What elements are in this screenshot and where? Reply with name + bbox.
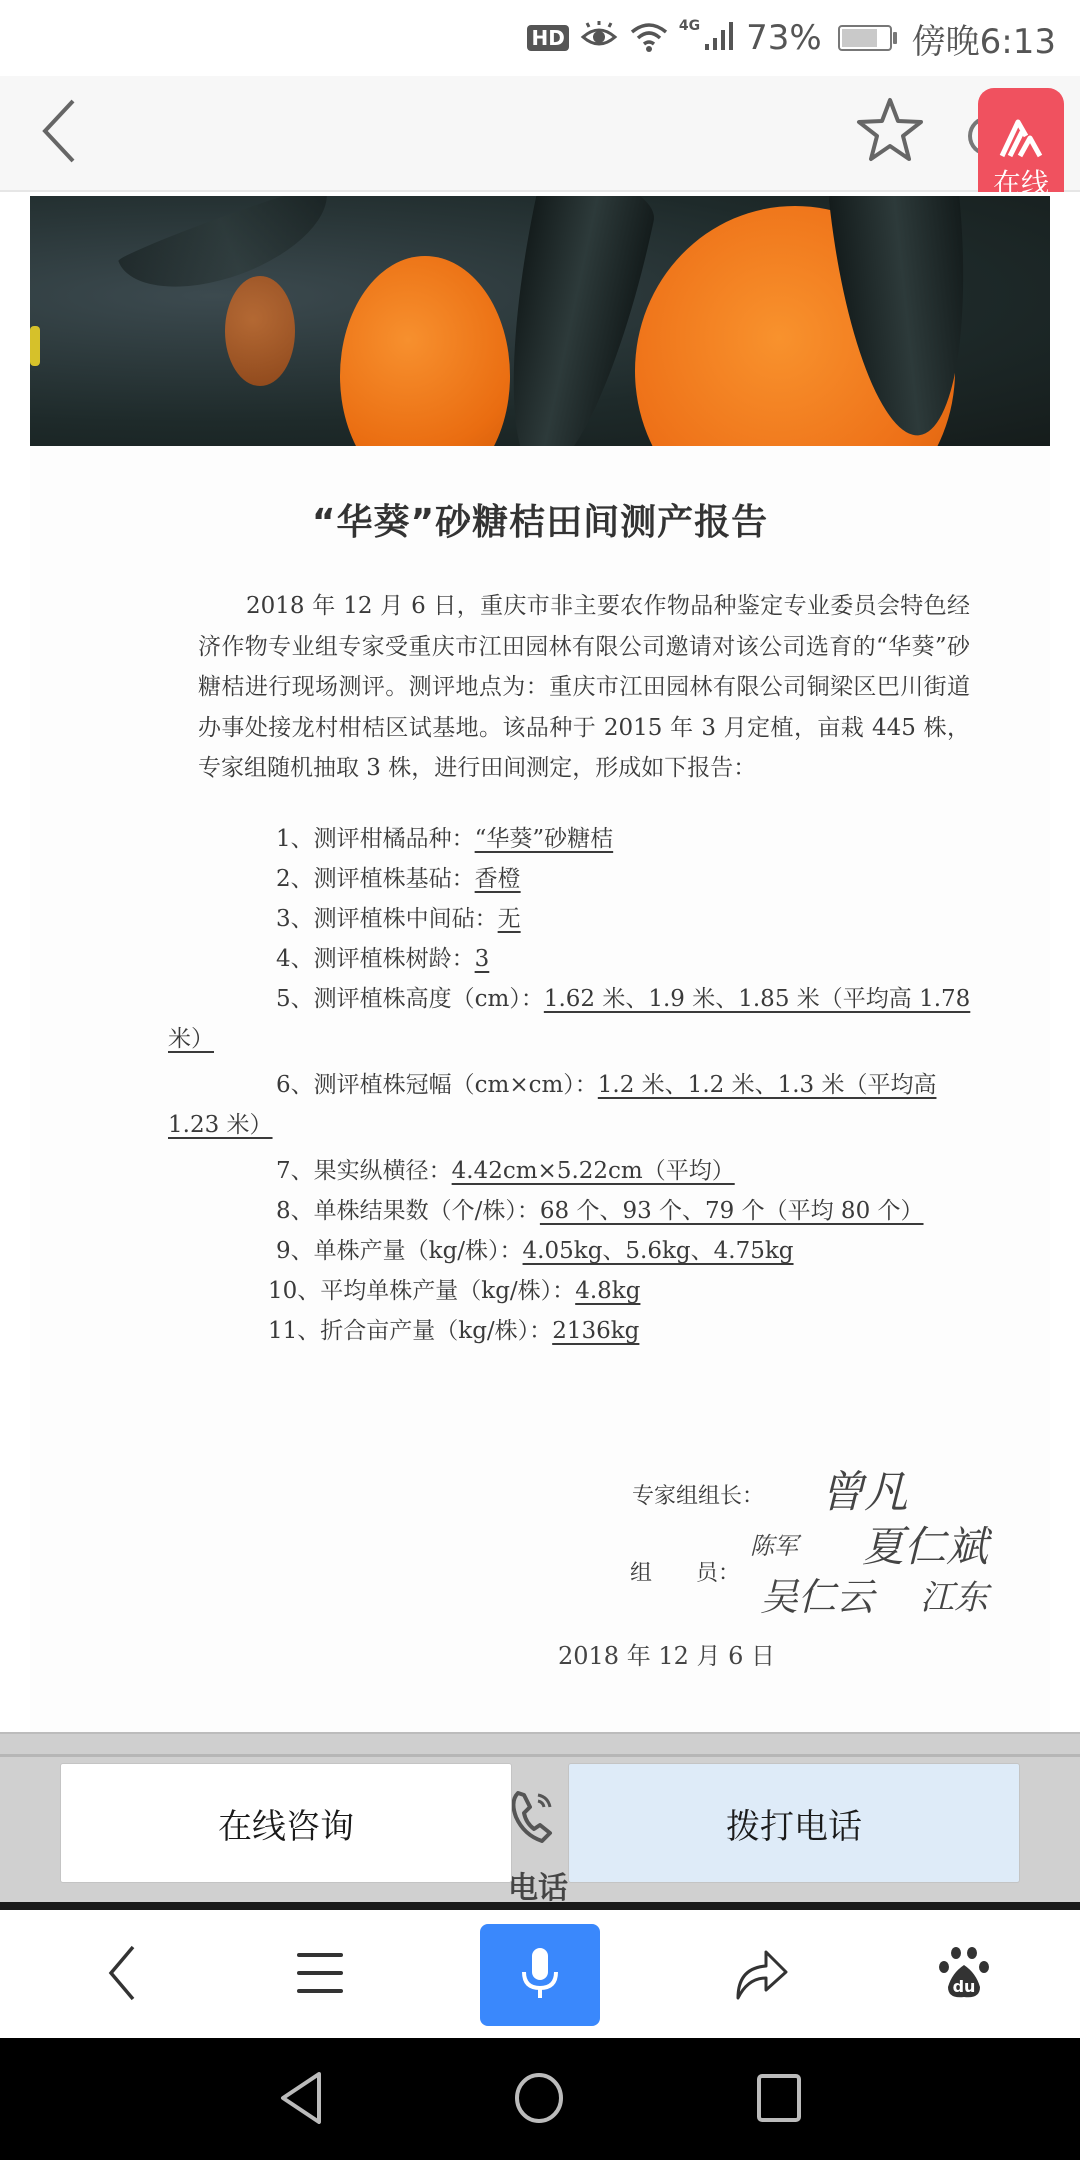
report-item: 8、单株结果数（个/株）：68 个、93 个、79 个（平均 80 个） [276,1192,924,1225]
microphone-icon [520,1946,560,2004]
report-document-image: “华葵”砂糖桔田间测产报告 2018 年 12 月 6 日，重庆市非主要农作物品… [30,446,1050,1732]
network-type: 4G [679,18,700,34]
baidu-button[interactable]: du [904,1924,1024,2026]
members-label: 组 员： [630,1556,740,1587]
clock: 傍晚6:13 [912,14,1056,63]
status-bar: HD 4G 73% 傍晚6:13 [0,0,1080,76]
leader-signature: 曾凡 [820,1456,908,1520]
system-recents-button[interactable] [734,2058,824,2142]
recents-square-icon [756,2073,802,2127]
report-item: 2、测评植株基砧：香橙 [276,860,645,893]
leader-label: 专家组组长： [632,1479,764,1510]
baidu-paw-icon: du [938,1945,990,2005]
report-title: “华葵”砂糖桔田间测产报告 [30,494,1050,545]
favorite-button[interactable] [852,94,928,170]
report-item: 6、测评植株冠幅（cm×cm）：1.2 米、1.2 米、1.3 米（平均高 [276,1066,936,1099]
report-item: 3、测评植株中间砧：无 [276,900,632,933]
chevron-left-icon [39,99,79,167]
browser-toolbar: du [0,1910,1080,2038]
browser-menu-button[interactable] [260,1924,380,2026]
home-circle-icon [513,2072,565,2128]
report-item: 9、单株产量（kg/株）：4.05kg、5.6kg、4.75kg [276,1232,823,1265]
battery-percent: 73% [746,18,822,58]
back-button[interactable] [24,98,94,168]
report-item: 7、果实纵横径：4.42cm×5.22cm（平均） [276,1152,752,1185]
system-nav-bar [0,2038,1080,2160]
report-item-continuation: 1.23 米） [168,1106,273,1139]
browser-back-button[interactable] [62,1924,182,2026]
member-signature: 江东 [920,1570,988,1619]
share-icon [734,1946,790,2004]
member-signature: 吴仁云 [760,1566,874,1621]
report-date: 2018 年 12 月 6 日 [558,1636,775,1671]
online-consult-button[interactable]: 在线咨询 [60,1763,512,1883]
report-item: 11、折合亩产量（kg/株）：2136kg [268,1312,712,1345]
signal-icon [704,20,736,56]
system-back-button[interactable] [256,2058,346,2142]
share-button[interactable] [702,1924,822,2026]
hd-badge: HD [527,25,568,51]
wifi-icon [629,20,669,56]
page-content[interactable]: “华葵”砂糖桔田间测产报告 2018 年 12 月 6 日，重庆市非主要农作物品… [0,192,1080,1732]
back-icon [107,1945,137,2005]
call-button[interactable]: 拨打电话 [568,1763,1020,1883]
menu-icon [297,1950,343,2000]
report-intro: 2018 年 12 月 6 日，重庆市非主要农作物品种鉴定专业委员会特色经济作物… [198,586,970,789]
hero-image-oranges [30,196,1050,446]
star-outline-icon [856,97,924,167]
report-item: 4、测评植株树龄：3 [276,940,645,973]
member-signature: 夏仁斌 [862,1514,988,1574]
report-item: 10、平均单株产量（kg/株）：4.8kg [268,1272,685,1305]
divider [0,1732,1080,1756]
report-item-continuation: 米） [168,1020,214,1053]
brand-logo-icon [998,118,1044,162]
battery-icon [838,25,892,51]
underlay-text: 电话 [508,1863,568,1907]
divider [0,1902,1080,1910]
action-bar: 电话 在线咨询 拨打电话 [0,1754,1080,1902]
svg-text:du: du [953,1977,976,1996]
report-item: 1、测评柑橘品种：“华葵”砂糖桔 [276,820,655,853]
voice-search-button[interactable] [480,1924,600,2026]
report-item: 5、测评植株高度（cm）：1.62 米、1.9 米、1.85 米（平均高 1.7… [276,980,970,1013]
system-home-button[interactable] [494,2058,584,2142]
member-signature: 陈军 [750,1526,798,1561]
top-nav-bar [0,76,1080,192]
eye-comfort-icon [579,21,619,55]
back-triangle-icon [279,2072,323,2128]
